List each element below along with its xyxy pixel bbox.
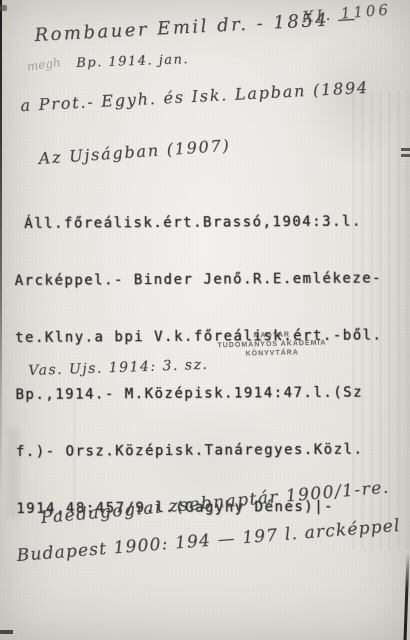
typed-line: Arcképpel.- Binder Jenő.R.E.emlékeze- — [15, 269, 382, 291]
paper-blotch-top-right — [295, 30, 410, 170]
library-stamp: MAGYAR TUDOMÁNYOS AKADÉMIA KÖNYVTÁRA — [206, 329, 339, 359]
typed-line: Áll.főreálisk.ért.Brassó,1904:3.l. — [14, 212, 381, 234]
reference-prot-egyh-isk-lap: a Prot.- Egyh. és Isk. Lapban (1894 — [20, 78, 369, 115]
person-name-heading: Rombauer Emil dr. - 1854 — — [34, 8, 358, 46]
right-edge-tick — [401, 148, 410, 151]
bottom-right-edge-shadow — [403, 552, 409, 640]
top-left-speck — [0, 5, 7, 11]
typed-line: f.)- Orsz.Középisk.Tanáregyes.Közl. — [16, 440, 383, 462]
death-note-pencil: megh — [26, 55, 62, 74]
catalog-card-scan: XI. 1106 Rombauer Emil dr. - 1854 — megh… — [0, 0, 410, 640]
typed-line: Bp.,1914.- M.Középisk.1914:47.l.(Sz — [15, 383, 382, 405]
left-edge-shadow — [0, 0, 2, 640]
reference-az-ujsag: Az Ujságban (1907) — [38, 136, 231, 168]
bottom-left-dash — [0, 630, 13, 634]
death-note-ink: Bp. 1914. jan. — [76, 52, 189, 71]
